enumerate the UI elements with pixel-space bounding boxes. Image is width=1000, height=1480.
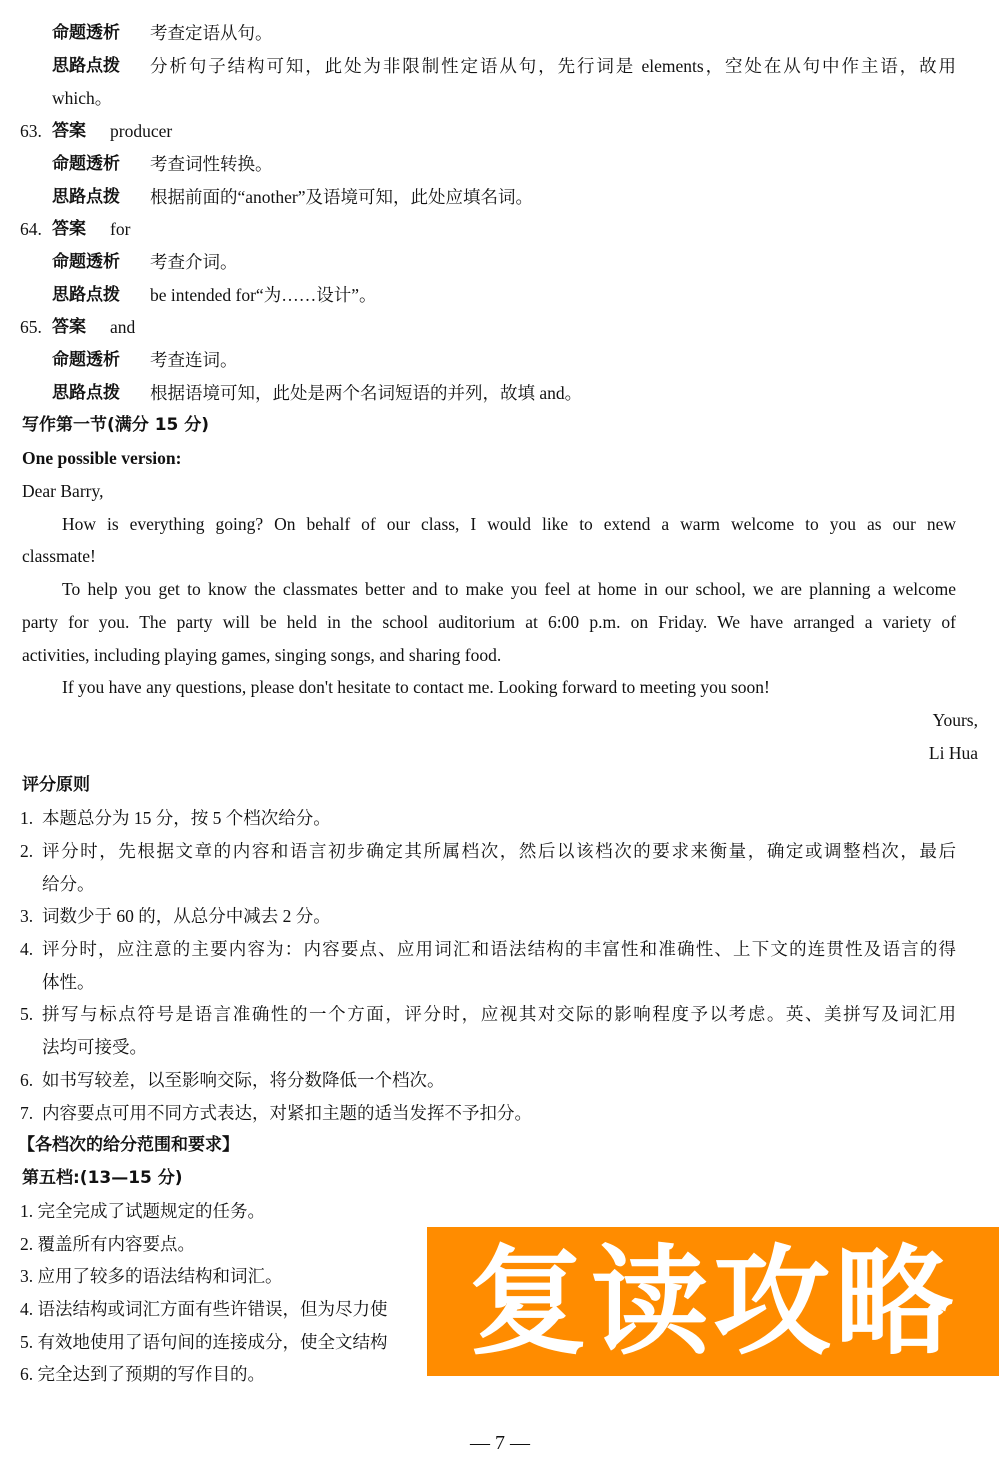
hint-text: 根据前面的“another”及语境可知，此处应填名词。 xyxy=(150,181,533,214)
scoring-rule-5: 5. 拼写与标点符号是语言准确性的一个方面，评分时，应视其对交际的影响程度予以考… xyxy=(0,998,978,1031)
analysis-text: 考查词性转换。 xyxy=(150,148,273,181)
scoring-rule-2-cont: 给分。 xyxy=(0,868,978,901)
letter-paragraph-2-line-1: To help you get to know the classmates b… xyxy=(0,573,978,606)
q64-hint-row: 思路点拨 be intended for“为……设计”。 xyxy=(0,279,978,312)
letter-paragraph-1-line-1: How is everything going? On behalf of ou… xyxy=(0,508,978,541)
letter-paragraph-2-line-2: party for you. The party will be held in… xyxy=(0,606,978,639)
q63-answer-row: 63. 答案 producer xyxy=(0,115,978,148)
q65-hint-row: 思路点拨 根据语境可知，此处是两个名词短语的并列，故填 and。 xyxy=(0,377,978,410)
grade-level-5-title: 第五档:(13—15 分) xyxy=(0,1162,978,1195)
analysis-text: 考查定语从句。 xyxy=(150,17,273,50)
answer-value: for xyxy=(110,213,130,246)
answer-label: 答案 xyxy=(52,213,86,246)
hint-label: 思路点拨 xyxy=(52,181,120,214)
q63-analysis-row: 命题透析 考查词性转换。 xyxy=(0,148,978,181)
hint-label: 思路点拨 xyxy=(52,279,120,312)
hint-label: 思路点拨 xyxy=(52,50,120,83)
grade-level-5-item-1: 1. 完全完成了试题规定的任务。 xyxy=(0,1195,978,1228)
q65-analysis-row: 命题透析 考查连词。 xyxy=(0,344,978,377)
letter-signature: Li Hua xyxy=(0,737,978,770)
scoring-rule-5-cont: 法均可接受。 xyxy=(0,1031,978,1064)
hint-text: be intended for“为……设计”。 xyxy=(150,279,376,312)
letter-paragraph-1-line-2: classmate! xyxy=(0,540,978,573)
scoring-rule-3: 3. 词数少于 60 的，从总分中减去 2 分。 xyxy=(0,900,978,933)
q64-analysis-row: 命题透析 考查介词。 xyxy=(0,246,978,279)
question-number: 64. xyxy=(20,213,42,246)
question-number: 63. xyxy=(20,115,42,148)
q62-analysis-row: 命题透析 考查定语从句。 xyxy=(0,17,978,50)
analysis-label: 命题透析 xyxy=(52,246,120,279)
scoring-rule-4: 4. 评分时，应注意的主要内容为：内容要点、应用词汇和语法结构的丰富性和准确性、… xyxy=(0,933,978,966)
scoring-rule-7: 7. 内容要点可用不同方式表达，对紧扣主题的适当发挥不予扣分。 xyxy=(0,1097,978,1130)
analysis-label: 命题透析 xyxy=(52,344,120,377)
hint-label: 思路点拨 xyxy=(52,377,120,410)
q64-answer-row: 64. 答案 for xyxy=(0,213,978,246)
answer-value: producer xyxy=(110,115,172,148)
q65-answer-row: 65. 答案 and xyxy=(0,311,978,344)
scoring-rule-2: 2. 评分时，先根据文章的内容和语言初步确定其所属档次，然后以该档次的要求来衡量… xyxy=(0,835,978,868)
scoring-rule-1: 1. 本题总分为 15 分，按 5 个档次给分。 xyxy=(0,802,978,835)
letter-paragraph-3: If you have any questions, please don't … xyxy=(0,671,978,704)
hint-text: 分析句子结构可知，此处为非限制性定语从句，先行词是 elements，空处在从句… xyxy=(150,50,956,83)
hint-text-cont: which。 xyxy=(52,82,112,115)
watermark-banner: 复读攻略 xyxy=(427,1227,999,1376)
analysis-label: 命题透析 xyxy=(52,148,120,181)
answer-label: 答案 xyxy=(52,115,86,148)
watermark-text: 复读攻略 xyxy=(469,1243,957,1361)
analysis-text: 考查介词。 xyxy=(150,246,238,279)
analysis-text: 考查连词。 xyxy=(150,344,238,377)
version-label: One possible version: xyxy=(0,442,978,475)
answer-label: 答案 xyxy=(52,311,86,344)
q62-hint-row: 思路点拨 分析句子结构可知，此处为非限制性定语从句，先行词是 elements，… xyxy=(0,50,978,83)
letter-greeting: Dear Barry, xyxy=(0,475,978,508)
q62-hint-continuation: which。 xyxy=(0,82,978,115)
page-number: — 7 — xyxy=(0,1432,1000,1455)
grades-title: 【各档次的给分范围和要求】 xyxy=(0,1129,978,1162)
writing-section-title: 写作第一节(满分 15 分) xyxy=(0,409,978,442)
scoring-rule-6: 6. 如书写较差，以至影响交际，将分数降低一个档次。 xyxy=(0,1064,978,1097)
q63-hint-row: 思路点拨 根据前面的“another”及语境可知，此处应填名词。 xyxy=(0,181,978,214)
hint-text: 根据语境可知，此处是两个名词短语的并列，故填 and。 xyxy=(150,377,582,410)
letter-paragraph-2-line-3: activities, including playing games, sin… xyxy=(0,639,978,672)
analysis-label: 命题透析 xyxy=(52,17,120,50)
answer-value: and xyxy=(110,311,135,344)
letter-closing: Yours, xyxy=(0,704,978,737)
question-number: 65. xyxy=(20,311,42,344)
scoring-title: 评分原则 xyxy=(0,769,978,802)
scoring-rule-4-cont: 体性。 xyxy=(0,966,978,999)
